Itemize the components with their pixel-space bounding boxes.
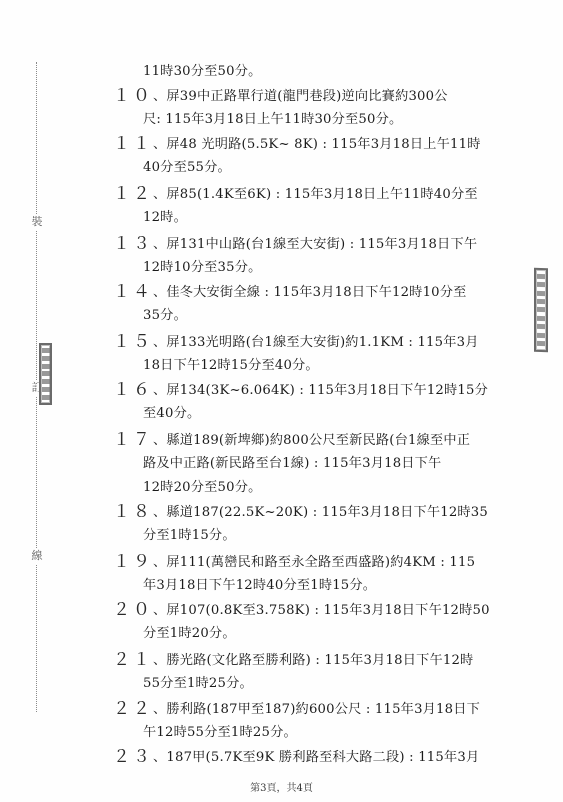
document-page: 裝 訂 線 11時30分至50分。 １０、屏39中正路單行道(龍門巷段)逆向比賽… xyxy=(0,0,563,802)
line-text: 、勝利路(187甲至187)約600公尺 : 115年3月18日下 xyxy=(153,702,480,717)
line-text: 35分。 xyxy=(143,308,187,323)
list-item-13-cont: 12時10分至35分。 xyxy=(143,259,261,277)
list-item-19-cont: 年3月18日下午12時40分至1時15分。 xyxy=(143,577,376,595)
line-text: 12時10分至35分。 xyxy=(143,260,261,275)
list-item-17-cont-2: 12時20分至50分。 xyxy=(143,479,261,497)
line-text: 40分至55分。 xyxy=(143,160,231,175)
line-text: 、佳冬大安街全線 : 115年3月18日下午12時10分至 xyxy=(153,285,467,300)
line-text: 、勝光路(文化路至勝利路) : 115年3月18日下午12時 xyxy=(153,653,473,668)
list-item-21-cont: 55分至1時25分。 xyxy=(143,675,253,693)
list-item-16-cont: 至40分。 xyxy=(143,405,200,423)
item-number: １５ xyxy=(113,333,153,351)
line-text: 、屏133光明路(台1線至大安街)約1.1KM : 115年3月 xyxy=(153,335,479,350)
line-text: 55分至1時25分。 xyxy=(143,676,253,691)
seal-stamp-left xyxy=(39,343,52,405)
item-number: ２３ xyxy=(113,748,153,766)
item-number: １２ xyxy=(113,185,153,203)
item-number: １９ xyxy=(113,553,153,571)
item-number: ２２ xyxy=(113,700,153,718)
list-item-20: ２０、屏107(0.8K至3.758K) : 115年3月18日下午12時50 xyxy=(113,601,490,620)
line-text: 年3月18日下午12時40分至1時15分。 xyxy=(143,578,376,593)
list-item-10-cont: 尺: 115年3月18日上午11時30分至50分。 xyxy=(143,111,402,129)
line-text: 、屏111(萬巒民和路至永全路至西盛路)約4KM : 115 xyxy=(153,555,475,570)
line-text: 11時30分至50分。 xyxy=(143,64,261,79)
line-text: 分至1時20分。 xyxy=(143,626,236,641)
line-text: 午12時55分至1時25分。 xyxy=(143,725,297,740)
binding-char-xian: 線 xyxy=(29,548,45,564)
line-text: 尺: 115年3月18日上午11時30分至50分。 xyxy=(143,112,402,127)
list-item-12-cont: 12時。 xyxy=(143,209,187,227)
list-item-15-cont: 18日下午12時15分至40分。 xyxy=(143,357,319,375)
list-item-18-cont: 分至1時15分。 xyxy=(143,527,236,545)
list-item-23: ２３、187甲(5.7K至9K 勝利路至科大路二段) : 115年3月 xyxy=(113,748,479,767)
list-item-17-cont-1: 路及中正路(新民路至台1線) : 115年3月18日下午 xyxy=(143,455,441,473)
list-item-18: １８、縣道187(22.5K~20K) : 115年3月18日下午12時35 xyxy=(113,503,488,522)
continuation-line: 11時30分至50分。 xyxy=(143,63,261,81)
list-item-19: １９、屏111(萬巒民和路至永全路至西盛路)約4KM : 115 xyxy=(113,553,475,572)
item-number: １６ xyxy=(113,381,153,399)
line-text: 、屏134(3K~6.064K) : 115年3月18日下午12時15分 xyxy=(153,383,488,398)
line-text: 分至1時15分。 xyxy=(143,528,236,543)
list-item-21: ２１、勝光路(文化路至勝利路) : 115年3月18日下午12時 xyxy=(113,651,473,670)
list-item-12: １２、屏85(1.4K至6K) : 115年3月18日上午11時40分至 xyxy=(113,185,478,204)
list-item-10: １０、屏39中正路單行道(龍門巷段)逆向比賽約300公 xyxy=(113,87,448,106)
item-number: ２１ xyxy=(113,651,153,669)
binding-char-zhuang: 裝 xyxy=(29,214,45,230)
line-text: 18日下午12時15分至40分。 xyxy=(143,358,319,373)
item-number: １３ xyxy=(113,235,153,253)
list-item-13: １３、屏131中山路(台1線至大安街) : 115年3月18日下午 xyxy=(113,235,477,254)
line-text: 路及中正路(新民路至台1線) : 115年3月18日下午 xyxy=(143,456,441,471)
list-item-11: １１、屏48 光明路(5.5K~ 8K) : 115年3月18日上午11時 xyxy=(113,135,481,154)
page-number-footer: 第3頁，共4頁 xyxy=(0,779,563,794)
item-number: １７ xyxy=(113,431,153,449)
list-item-14-cont: 35分。 xyxy=(143,307,187,325)
list-item-15: １５、屏133光明路(台1線至大安街)約1.1KM : 115年3月 xyxy=(113,333,479,352)
line-text: 、屏85(1.4K至6K) : 115年3月18日上午11時40分至 xyxy=(153,187,478,202)
line-text: 、屏131中山路(台1線至大安街) : 115年3月18日下午 xyxy=(153,237,477,252)
item-number: １１ xyxy=(113,135,153,153)
list-item-11-cont: 40分至55分。 xyxy=(143,159,231,177)
line-text: 、屏39中正路單行道(龍門巷段)逆向比賽約300公 xyxy=(153,89,448,104)
line-text: 、屏48 光明路(5.5K~ 8K) : 115年3月18日上午11時 xyxy=(153,137,481,152)
line-text: 、縣道189(新埤鄉)約800公尺至新民路(台1線至中正 xyxy=(153,433,470,448)
line-text: 12時20分至50分。 xyxy=(143,480,261,495)
line-text: 、187甲(5.7K至9K 勝利路至科大路二段) : 115年3月 xyxy=(153,750,479,765)
line-text: 、縣道187(22.5K~20K) : 115年3月18日下午12時35 xyxy=(153,505,488,520)
seal-stamp-right xyxy=(534,268,548,352)
line-text: 、屏107(0.8K至3.758K) : 115年3月18日下午12時50 xyxy=(153,603,490,618)
item-number: １０ xyxy=(113,87,153,105)
list-item-22-cont: 午12時55分至1時25分。 xyxy=(143,724,297,742)
item-number: １４ xyxy=(113,283,153,301)
item-number: ２０ xyxy=(113,601,153,619)
list-item-17: １７、縣道189(新埤鄉)約800公尺至新民路(台1線至中正 xyxy=(113,431,470,450)
line-text: 12時。 xyxy=(143,210,187,225)
item-number: １８ xyxy=(113,503,153,521)
list-item-16: １６、屏134(3K~6.064K) : 115年3月18日下午12時15分 xyxy=(113,381,488,400)
line-text: 至40分。 xyxy=(143,406,200,421)
list-item-22: ２２、勝利路(187甲至187)約600公尺 : 115年3月18日下 xyxy=(113,700,480,719)
list-item-20-cont: 分至1時20分。 xyxy=(143,625,236,643)
list-item-14: １４、佳冬大安街全線 : 115年3月18日下午12時10分至 xyxy=(113,283,467,302)
